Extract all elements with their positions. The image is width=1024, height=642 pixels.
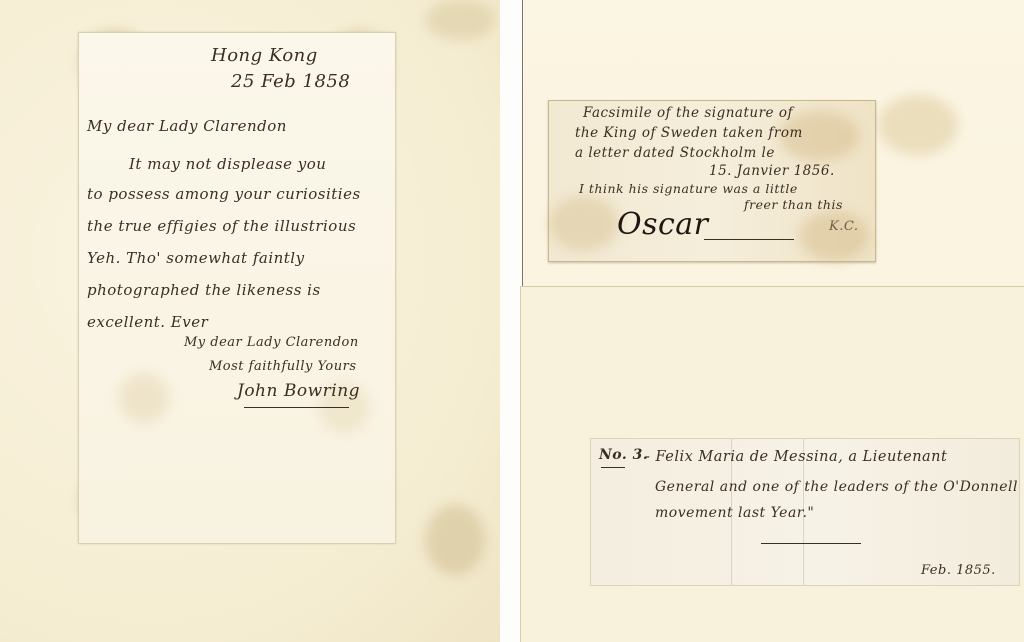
note-initials: K.C. <box>829 219 858 234</box>
stain-mark <box>119 373 169 423</box>
letter-closing: My dear Lady Clarendon <box>184 335 359 350</box>
letter-closing: Most faithfully Yours <box>209 359 357 374</box>
letter-salutation: My dear Lady Clarendon <box>87 117 287 135</box>
letter-body-line: to possess among your curiosities <box>87 185 361 203</box>
oscar-signature: Oscar <box>617 207 709 242</box>
stain-mark <box>425 505 485 575</box>
messina-note: No. 3. - Felix Maria de Messina, a Lieut… <box>590 438 1020 586</box>
note-line: I think his signature was a little <box>579 181 798 196</box>
stain-mark <box>425 0 495 40</box>
note-line: a letter dated Stockholm le <box>575 145 775 161</box>
note-number: No. 3. <box>599 447 648 463</box>
note-line: Facsimile of the signature of <box>583 105 793 121</box>
stain-mark <box>549 196 619 251</box>
letter-body-line: excellent. Ever <box>87 313 208 331</box>
number-underline <box>601 467 625 468</box>
note-date: Feb. 1855. <box>921 563 996 578</box>
closing-flourish <box>761 543 861 544</box>
letter-date: 25 Feb 1858 <box>231 71 350 92</box>
signature-flourish <box>704 239 794 240</box>
note-line: freer than this <box>744 197 843 212</box>
bowring-letter: Hong Kong 25 Feb 1858 My dear Lady Clare… <box>78 32 396 544</box>
note-line: movement last Year." <box>655 505 814 521</box>
letter-body-line: photographed the likeness is <box>87 281 321 299</box>
letter-signature: John Bowring <box>237 381 360 401</box>
note-line: - Felix Maria de Messina, a Lieutenant <box>645 449 947 465</box>
note-line: 15. Janvier 1856. <box>709 163 835 179</box>
stain-mark <box>878 95 958 155</box>
signature-flourish <box>244 407 349 408</box>
note-line: General and one of the leaders of the O'… <box>655 479 1018 495</box>
letter-body-line: the true effigies of the illustrious <box>87 217 356 235</box>
oscar-signature-note: Facsimile of the signature of the King o… <box>548 100 876 262</box>
letter-place: Hong Kong <box>211 45 318 66</box>
letter-body-line: Yeh. Tho' somewhat faintly <box>87 249 305 267</box>
letter-body-line: It may not displease you <box>129 155 326 173</box>
note-line: the King of Sweden taken from <box>575 125 803 141</box>
